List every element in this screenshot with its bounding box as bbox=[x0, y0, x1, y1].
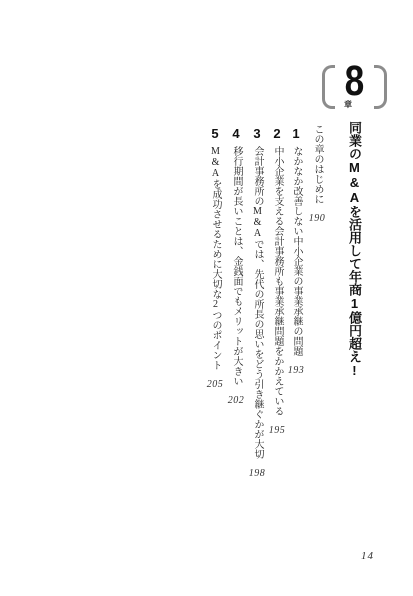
toc-entry-page-number: 202 bbox=[228, 395, 245, 406]
toc-entry-page-number: 193 bbox=[288, 365, 305, 376]
toc-entry-label: M&Aを成功させるために大切な2つのポイント bbox=[209, 146, 221, 370]
toc-entry-label: 会計事務所のM&Aでは、先代の所長の思いをどう引き継ぐかが大切 bbox=[251, 146, 263, 459]
toc-entry-page-number: 198 bbox=[249, 468, 266, 479]
book-toc-page: 8 章 同業のM&Aを活用して年商1億円超え! この章のはじめに 190 1 な… bbox=[0, 0, 413, 596]
folio-page-number: 14 bbox=[361, 550, 374, 562]
toc-entry-number: 1 bbox=[292, 127, 299, 140]
toc-entry-number: 4 bbox=[232, 127, 239, 140]
toc-entry-section-5: 5 M&Aを成功させるために大切な2つのポイント 205 bbox=[203, 127, 227, 390]
toc-entry-page-number: 195 bbox=[269, 425, 286, 436]
toc-entry-number: 5 bbox=[211, 127, 218, 140]
toc-entry-page-number: 205 bbox=[207, 379, 224, 390]
toc-entry-label: 中小企業を支える会計事務所も事業承継問題をかかえている bbox=[271, 146, 283, 416]
chapter-number-label: 章 bbox=[330, 99, 366, 110]
toc-entry-section-3: 3 会計事務所のM&Aでは、先代の所長の思いをどう引き継ぐかが大切 198 bbox=[245, 127, 269, 479]
toc-entry-number: 2 bbox=[273, 127, 280, 140]
toc-entry-label: なかなか改善しない中小企業の事業承継の問題 bbox=[290, 146, 302, 356]
right-bracket-icon bbox=[374, 65, 387, 109]
toc-entry-number: 3 bbox=[253, 127, 260, 140]
chapter-title: 同業のM&Aを活用して年商1億円超え! bbox=[346, 121, 361, 378]
toc-entry-label: 移行期間が長いことは、金銭面でもメリットが大きい bbox=[230, 146, 242, 386]
toc-entry-label: この章のはじめに bbox=[311, 124, 323, 204]
chapter-number: 8 bbox=[339, 61, 369, 101]
toc-entry-page-number: 190 bbox=[309, 213, 326, 224]
toc-entry-intro: この章のはじめに 190 bbox=[305, 124, 329, 224]
toc-entry-section-4: 4 移行期間が長いことは、金銭面でもメリットが大きい 202 bbox=[224, 127, 248, 406]
